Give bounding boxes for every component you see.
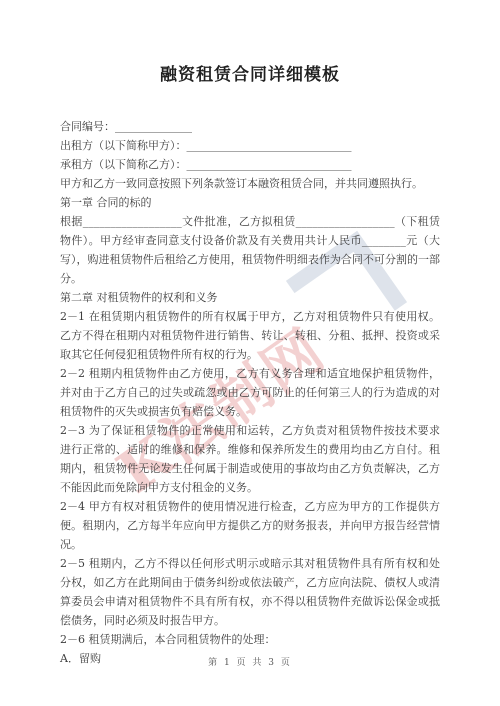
content: 合同编号：______________出租方（以下简称甲方）：_________… <box>60 117 440 668</box>
page-number-footer: 第 1 页 共 3 页 <box>0 655 500 668</box>
paragraph-field: 承租方（以下简称乙方）：____________________________… <box>60 155 440 174</box>
paragraph-field: 合同编号：______________ <box>60 117 440 136</box>
paragraph-body: 2－4 甲方有权对租赁物件的使用情况进行检查，乙方应为甲方的工作提供方便。租期内… <box>60 497 440 554</box>
paragraph-body: 2－3 为了保证租赁物件的正常使用和运转，乙方负责对租赁物件按技术要求进行正常的… <box>60 421 440 497</box>
paragraph-body: 2－5 租期内，乙方不得以任何形式明示或暗示其对租赁物件具有所有权和处分权，如乙… <box>60 554 440 630</box>
document-title: 融资租赁合同详细模板 <box>0 0 500 85</box>
paragraph-body: 2－6 租赁期满后，本合同租赁物件的处理： <box>60 630 440 649</box>
paragraph-body: 2－1 在租赁期内租赁物件的所有权属于甲方，乙方对租赁物件只有使用权。乙方不得在… <box>60 307 440 364</box>
paragraph-body: 甲方和乙方一致同意按照下列条款签订本融资租赁合同，并共同遵照执行。 <box>60 174 440 193</box>
paragraph-heading: 第一章 合同的标的 <box>60 193 440 212</box>
contract-document-page: K法制网 融资租赁合同详细模板 合同编号：______________出租方（以… <box>0 0 500 706</box>
paragraph-body: 根据__________________文件批准，乙方拟租赁__________… <box>60 212 440 288</box>
paragraph-field: 出租方（以下简称甲方）：____________________________… <box>60 136 440 155</box>
paragraph-body: 2－2 租期内租赁物件由乙方使用，乙方有义务合理和适宜地保护租赁物件，并对由于乙… <box>60 364 440 421</box>
paragraph-heading: 第二章 对租赁物件的权利和义务 <box>60 288 440 307</box>
